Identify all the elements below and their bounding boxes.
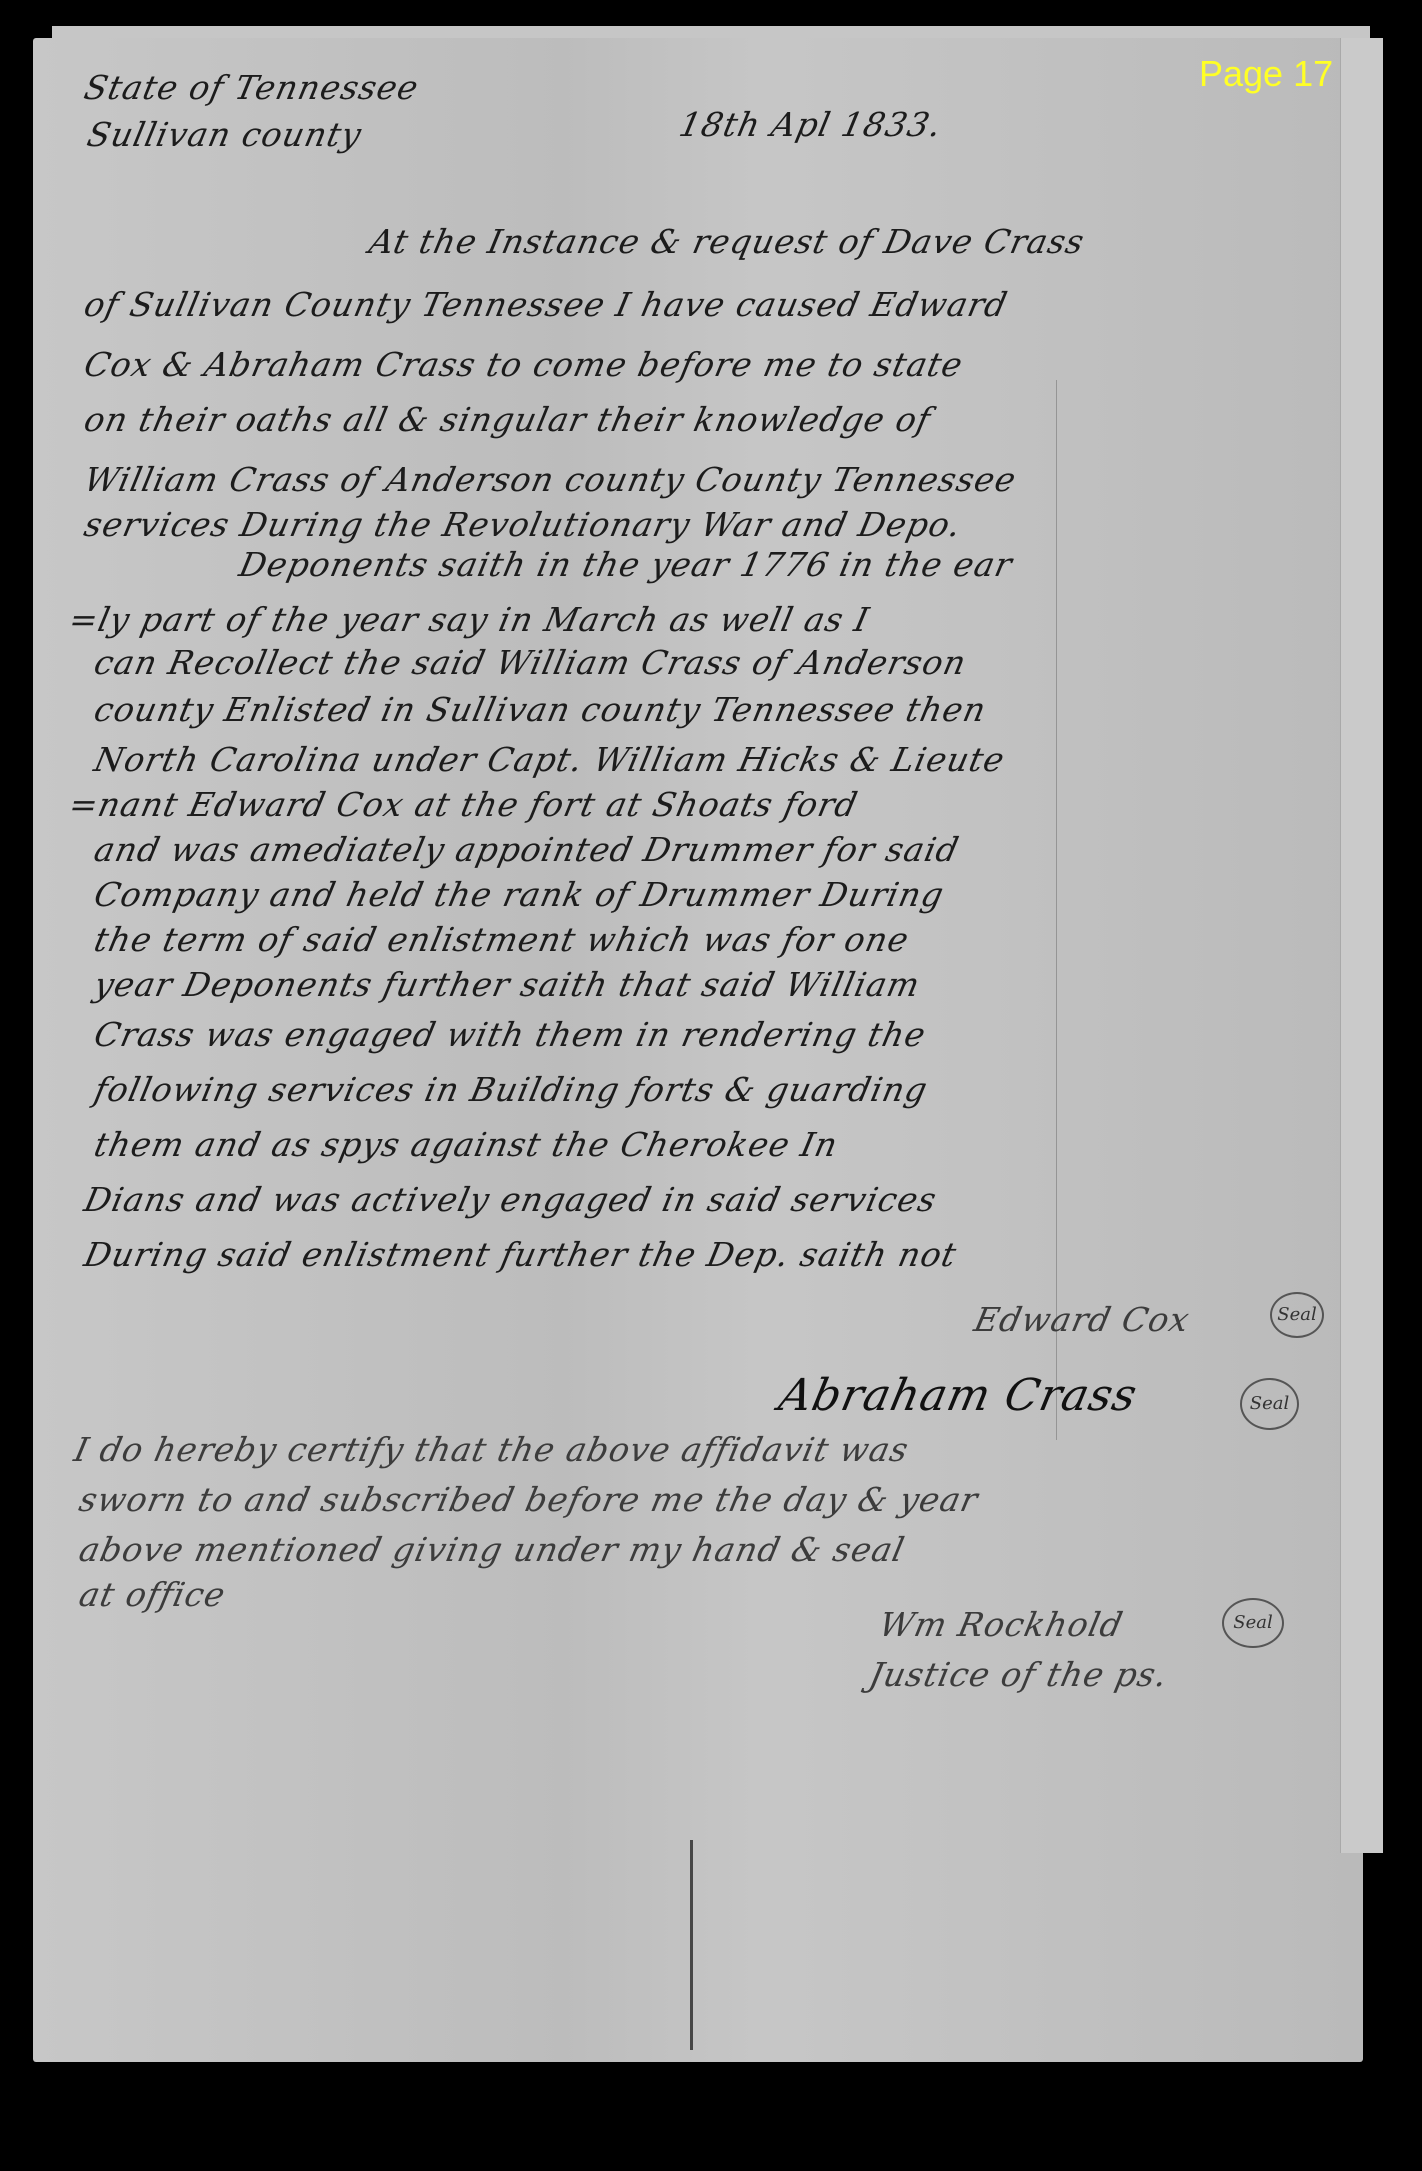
body-line: on their oaths all & singular their know… <box>81 400 935 439</box>
body-line: services During the Revolutionary War an… <box>81 505 965 544</box>
body-line: Dians and was actively engaged in said s… <box>81 1180 941 1219</box>
seal-justice: Seal <box>1222 1598 1284 1648</box>
header-date: 18th Apl 1833. <box>676 105 946 144</box>
body-line: =ly part of the year say in March as wel… <box>66 600 873 639</box>
body-line: North Carolina under Capt. William Hicks… <box>91 740 1009 779</box>
body-line: Deponents saith in the year 1776 in the … <box>236 545 1016 584</box>
body-line: At the Instance & request of Dave Crass <box>366 222 1088 261</box>
header-county: Sullivan county <box>84 115 366 154</box>
certification-line: at office <box>76 1575 230 1614</box>
signature-edward-cox: Edward Cox <box>971 1300 1194 1339</box>
paper-right-flap <box>1340 38 1383 1853</box>
body-line: Crass was engaged with them in rendering… <box>91 1015 930 1054</box>
certification-line: above mentioned giving under my hand & s… <box>76 1530 909 1569</box>
signature-justice: Wm Rockhold <box>876 1605 1127 1644</box>
justice-title: Justice of the ps. <box>866 1655 1172 1694</box>
page-number-label: Page 17 <box>1199 56 1333 92</box>
body-line: them and as spys against the Cherokee In <box>91 1125 842 1164</box>
seal-abraham-crass: Seal <box>1240 1378 1299 1430</box>
body-line: Company and held the rank of Drummer Dur… <box>91 875 948 914</box>
body-line: can Recollect the said William Crass of … <box>91 643 970 682</box>
body-line: following services in Building forts & g… <box>91 1070 932 1109</box>
signature-abraham-crass: Abraham Crass <box>775 1370 1142 1421</box>
body-line: =nant Edward Cox at the fort at Shoats f… <box>66 785 862 824</box>
body-line: county Enlisted in Sullivan county Tenne… <box>91 690 990 729</box>
body-line: Cox & Abraham Crass to come before me to… <box>81 345 967 384</box>
certification-line: sworn to and subscribed before me the da… <box>76 1480 982 1519</box>
seal-edward-cox: Seal <box>1270 1292 1324 1338</box>
body-line: William Crass of Anderson county County … <box>81 460 1020 499</box>
body-line: year Deponents further saith that said W… <box>91 965 924 1004</box>
header-state: State of Tennessee <box>81 68 423 107</box>
body-line: the term of said enlistment which was fo… <box>91 920 913 959</box>
certification-line: I do hereby certify that the above affid… <box>71 1430 913 1469</box>
body-line: and was amediately appointed Drummer for… <box>91 830 963 869</box>
body-line: of Sullivan County Tennessee I have caus… <box>81 285 1012 324</box>
body-line: During said enlistment further the Dep. … <box>81 1235 961 1274</box>
tear-line <box>690 1840 693 2050</box>
fold-line <box>1056 380 1057 1440</box>
